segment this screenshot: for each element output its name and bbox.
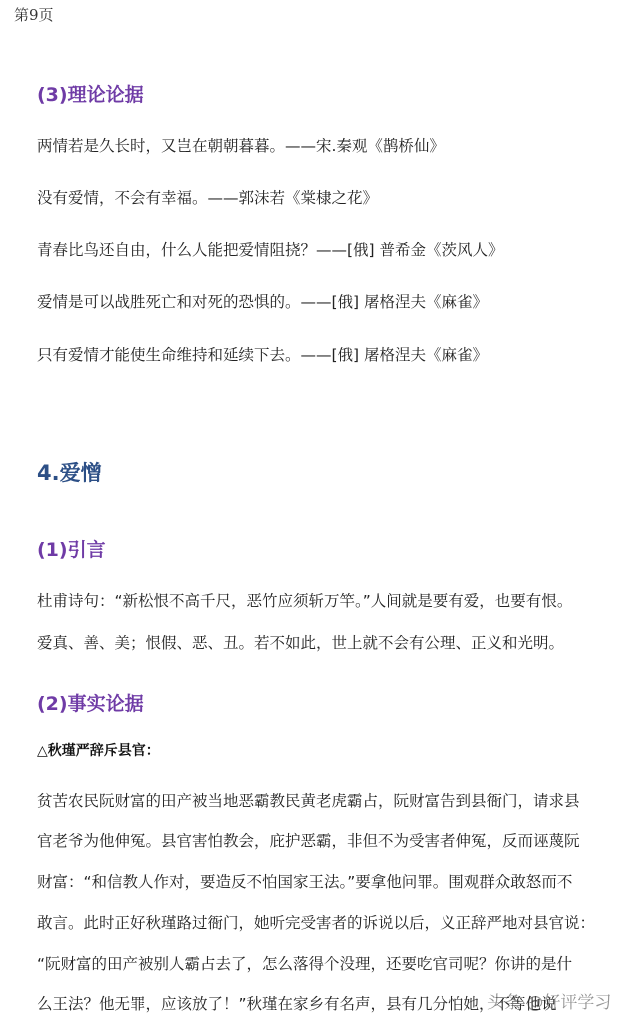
fact-subheading: △秋瑾严辞斥县官： xyxy=(37,740,160,760)
page-number: 第9页 xyxy=(14,4,54,25)
fact-line: 敢言。此时正好秋瑾路过衙门，她听完受害者的诉说以后，义正辞严地对县官说： xyxy=(37,911,595,933)
fact-line: 官老爷为他伸冤。县官害怕教会，庇护恶霸，非但不为受害者伸冤，反而诬蔑阮 xyxy=(37,829,580,851)
section-heading-facts: (2)事实论据 xyxy=(37,689,144,716)
intro-line: 杜甫诗句：“新松恨不高千尺，恶竹应须斩万竿。”人间就是要有爱，也要有恨。 xyxy=(37,589,572,611)
fact-line: 财富：“和信教人作对，要造反不怕国家王法。”要拿他问罪。围观群众敢怒而不 xyxy=(37,870,572,892)
quote-line: 两情若是久长时，又岂在朝朝暮暮。——宋.秦观《鹊桥仙》 xyxy=(37,134,445,156)
quote-line: 爱情是可以战胜死亡和对死的恐惧的。——[俄] 屠格涅夫《麻雀》 xyxy=(37,290,488,312)
quote-line: 没有爱情，不会有幸福。——郭沫若《棠棣之花》 xyxy=(37,186,378,208)
quote-line: 青春比鸟还自由，什么人能把爱情阻挠？——[俄] 普希金《茨风人》 xyxy=(37,238,504,260)
watermark: 头条 @好评学习 xyxy=(487,988,611,1013)
section-heading-theory: (3)理论论据 xyxy=(37,80,144,107)
section-heading-intro: (1)引言 xyxy=(37,535,106,562)
quote-line: 只有爱情才能使生命维持和延续下去。——[俄] 屠格涅夫《麻雀》 xyxy=(37,343,488,365)
fact-line: 么王法？他无罪，应该放了！”秋瑾在家乡有名声，县有几分怕她，不等他说 xyxy=(37,992,557,1014)
fact-line: “阮财富的田产被别人霸占去了，怎么落得个没理，还要吃官司呢？你讲的是什 xyxy=(37,952,572,974)
fact-line: 贫苦农民阮财富的田产被当地恶霸教民黄老虎霸占，阮财富告到县衙门，请求县 xyxy=(37,789,580,811)
chapter-heading: 4.爱憎 xyxy=(37,457,102,487)
intro-line: 爱真、善、美；恨假、恶、丑。若不如此，世上就不会有公理、正义和光明。 xyxy=(37,631,564,653)
